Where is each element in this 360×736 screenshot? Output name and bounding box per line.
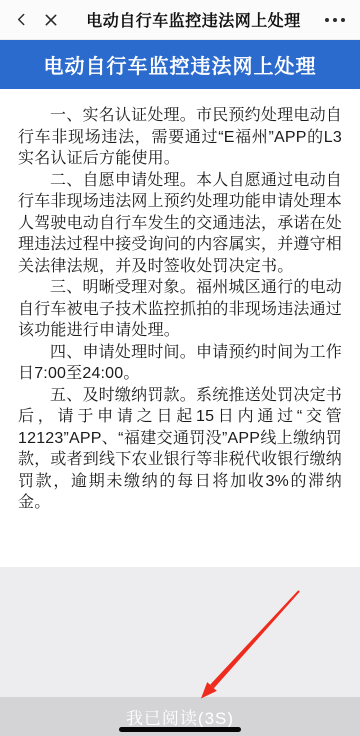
banner-title-bar: 电动自行车监控违法网上处理 — [0, 40, 360, 89]
notice-paragraph-2: 二、自愿申请处理。本人自愿通过电动自行车非现场违法网上预约处理功能申请处理本人驾… — [18, 170, 342, 278]
notice-paragraph-4: 四、申请处理时间。申请预约时间为工作日7:00至24:00。 — [18, 342, 342, 385]
close-icon — [43, 12, 59, 28]
notice-body: 一、实名认证处理。市民预约处理电动自行车非现场违法，需要通过“E福州”APP的L… — [0, 89, 360, 567]
notice-paragraph-1: 一、实名认证处理。市民预约处理电动自行车非现场违法，需要通过“E福州”APP的L… — [18, 105, 342, 170]
ellipsis-icon — [325, 18, 345, 22]
navbar: 电动自行车监控违法网上处理 — [0, 0, 360, 40]
home-indicator-handle[interactable] — [119, 727, 241, 732]
page-title: 电动自行车监控违法网上处理 — [62, 8, 325, 31]
notice-paragraph-3: 三、明晰受理对象。福州城区通行的电动自行车被电子技术监控抓拍的非现场违法通过该功… — [18, 277, 342, 342]
chevron-left-icon — [14, 11, 29, 28]
app-screen: 电动自行车监控违法网上处理 电动自行车监控违法网上处理 一、实名认证处理。市民预… — [0, 0, 360, 736]
back-button[interactable] — [10, 8, 32, 32]
notice-paragraph-5: 五、及时缴纳罚款。系统推送处罚决定书后，请于申请之日起15日内通过“交管1212… — [18, 385, 342, 514]
close-button[interactable] — [40, 8, 62, 32]
banner-title: 电动自行车监控违法网上处理 — [44, 50, 317, 79]
more-button[interactable] — [325, 12, 345, 28]
gray-spacer — [0, 567, 360, 697]
